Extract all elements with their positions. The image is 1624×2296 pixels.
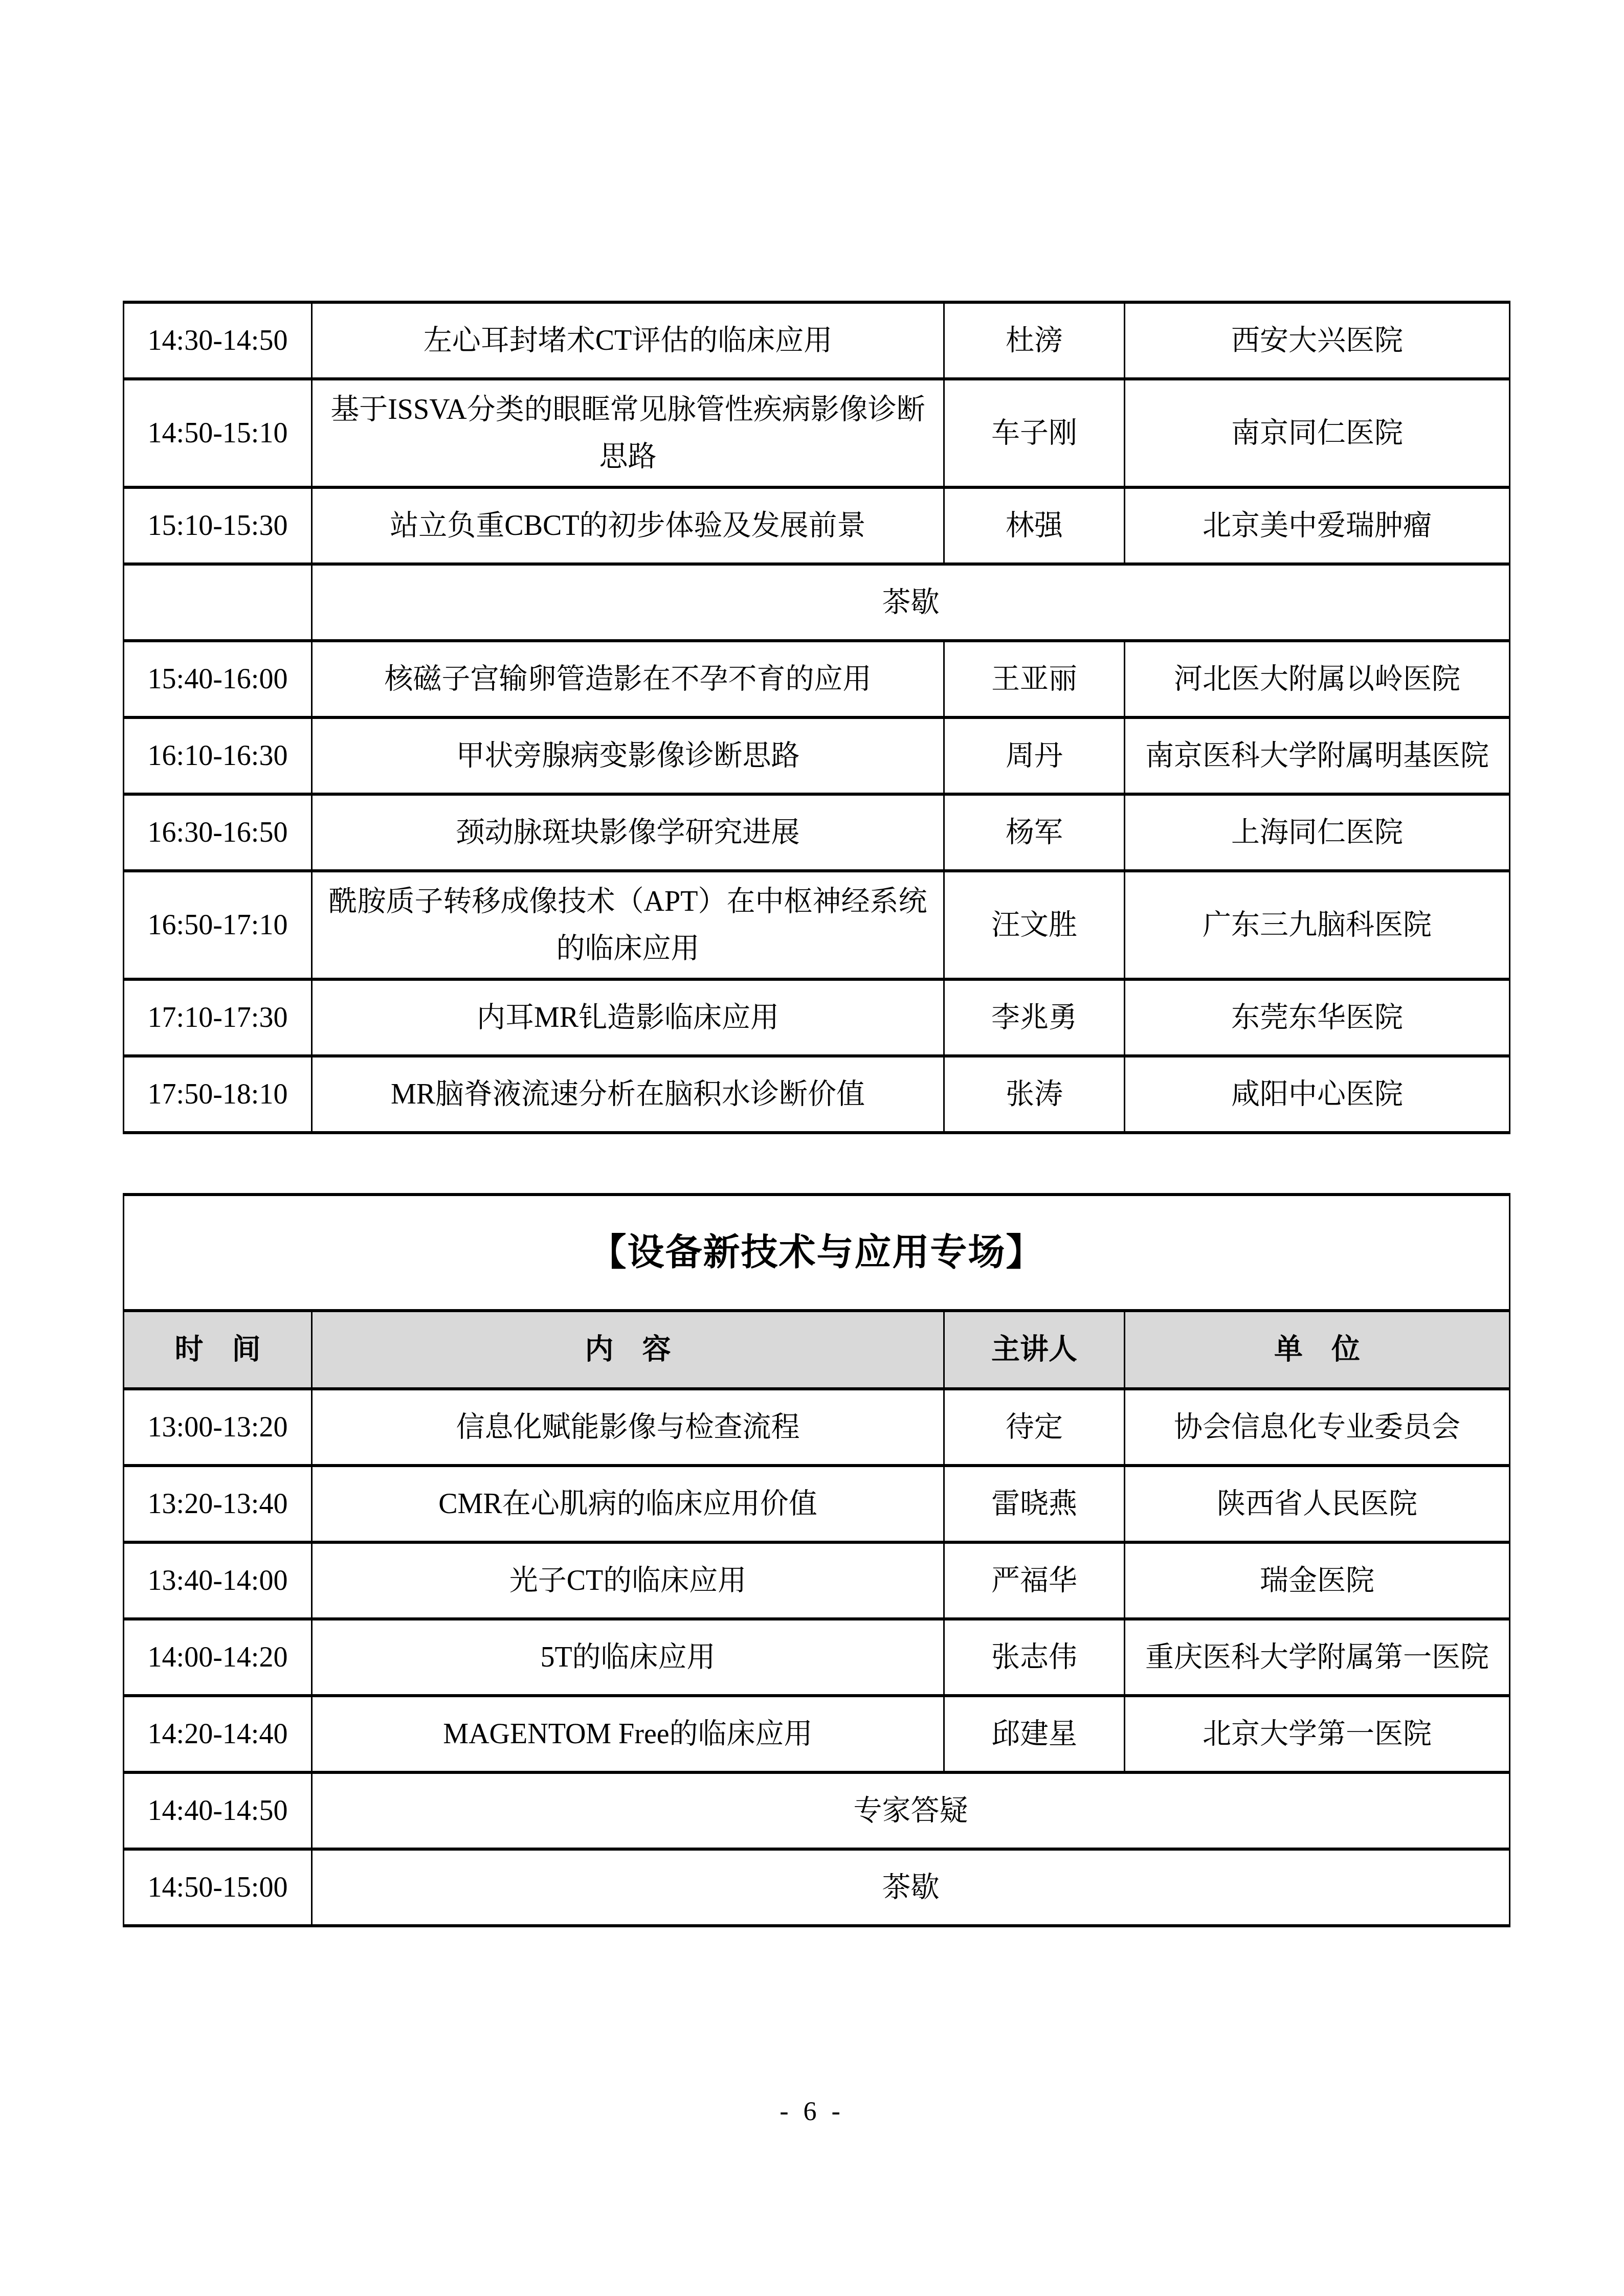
topic-cell: 5T的临床应用 [312, 1619, 944, 1696]
column-header-content: 内 容 [312, 1311, 944, 1389]
time-cell: 13:20-13:40 [124, 1466, 312, 1542]
topic-cell: 左心耳封堵术CT评估的临床应用 [312, 302, 944, 379]
time-cell: 15:40-16:00 [124, 641, 312, 717]
merged-note-cell: 专家答疑 [312, 1772, 1510, 1849]
speaker-cell: 周丹 [944, 717, 1125, 794]
topic-cell: 核磁子宫输卵管造影在不孕不育的应用 [312, 641, 944, 717]
column-header-speaker: 主讲人 [944, 1311, 1125, 1389]
table-row: 17:50-18:10 MR脑脊液流速分析在脑积水诊断价值 张涛 咸阳中心医院 [124, 1056, 1510, 1133]
speaker-cell: 王亚丽 [944, 641, 1125, 717]
table-header-row: 时 间 内 容 主讲人 单 位 [124, 1311, 1510, 1389]
org-cell: 陕西省人民医院 [1125, 1466, 1510, 1542]
speaker-cell: 杜滂 [944, 302, 1125, 379]
session-title: 【设备新技术与应用专场】 [124, 1195, 1510, 1311]
document-page: 14:30-14:50 左心耳封堵术CT评估的临床应用 杜滂 西安大兴医院 14… [0, 0, 1624, 2296]
speaker-cell: 邱建星 [944, 1696, 1125, 1772]
table-row: 13:00-13:20 信息化赋能影像与检查流程 待定 协会信息化专业委员会 [124, 1389, 1510, 1466]
column-header-time: 时 间 [124, 1311, 312, 1389]
table-row-tea-break: 茶歇 [124, 564, 1510, 641]
page-number: - 6 - [0, 2097, 1624, 2127]
org-cell: 北京大学第一医院 [1125, 1696, 1510, 1772]
time-cell: 13:40-14:00 [124, 1542, 312, 1619]
time-cell: 14:30-14:50 [124, 302, 312, 379]
topic-cell: 颈动脉斑块影像学研究进展 [312, 794, 944, 871]
session2-schedule-table: 【设备新技术与应用专场】 时 间 内 容 主讲人 单 位 13:00-13:20… [123, 1193, 1510, 1927]
topic-cell: 信息化赋能影像与检查流程 [312, 1389, 944, 1466]
time-cell: 14:50-15:10 [124, 379, 312, 487]
org-cell: 河北医大附属以岭医院 [1125, 641, 1510, 717]
speaker-cell: 雷晓燕 [944, 1466, 1125, 1542]
table-row: 16:50-17:10 酰胺质子转移成像技术（APT）在中枢神经系统的临床应用 … [124, 871, 1510, 979]
topic-cell: CMR在心肌病的临床应用价值 [312, 1466, 944, 1542]
time-cell: 14:20-14:40 [124, 1696, 312, 1772]
time-cell: 16:10-16:30 [124, 717, 312, 794]
speaker-cell: 杨军 [944, 794, 1125, 871]
time-cell [124, 564, 312, 641]
org-cell: 咸阳中心医院 [1125, 1056, 1510, 1133]
topic-cell: 站立负重CBCT的初步体验及发展前景 [312, 487, 944, 564]
table-row: 14:20-14:40 MAGENTOM Free的临床应用 邱建星 北京大学第… [124, 1696, 1510, 1772]
speaker-cell: 林强 [944, 487, 1125, 564]
org-cell: 南京医科大学附属明基医院 [1125, 717, 1510, 794]
time-cell: 16:50-17:10 [124, 871, 312, 979]
table-row: 14:30-14:50 左心耳封堵术CT评估的临床应用 杜滂 西安大兴医院 [124, 302, 1510, 379]
topic-cell: MAGENTOM Free的临床应用 [312, 1696, 944, 1772]
speaker-cell: 张志伟 [944, 1619, 1125, 1696]
table-row: 13:40-14:00 光子CT的临床应用 严福华 瑞金医院 [124, 1542, 1510, 1619]
topic-cell: MR脑脊液流速分析在脑积水诊断价值 [312, 1056, 944, 1133]
topic-cell: 甲状旁腺病变影像诊断思路 [312, 717, 944, 794]
org-cell: 协会信息化专业委员会 [1125, 1389, 1510, 1466]
org-cell: 西安大兴医院 [1125, 302, 1510, 379]
table-row: 14:00-14:20 5T的临床应用 张志伟 重庆医科大学附属第一医院 [124, 1619, 1510, 1696]
time-cell: 13:00-13:20 [124, 1389, 312, 1466]
org-cell: 北京美中爱瑞肿瘤 [1125, 487, 1510, 564]
topic-cell: 酰胺质子转移成像技术（APT）在中枢神经系统的临床应用 [312, 871, 944, 979]
merged-note-cell: 茶歇 [312, 564, 1510, 641]
merged-note-cell: 茶歇 [312, 1849, 1510, 1926]
table-row: 16:30-16:50 颈动脉斑块影像学研究进展 杨军 上海同仁医院 [124, 794, 1510, 871]
column-header-org: 单 位 [1125, 1311, 1510, 1389]
time-cell: 17:50-18:10 [124, 1056, 312, 1133]
org-cell: 重庆医科大学附属第一医院 [1125, 1619, 1510, 1696]
table-row-qa: 14:40-14:50 专家答疑 [124, 1772, 1510, 1849]
table-row: 15:10-15:30 站立负重CBCT的初步体验及发展前景 林强 北京美中爱瑞… [124, 487, 1510, 564]
topic-cell: 内耳MR钆造影临床应用 [312, 979, 944, 1056]
org-cell: 广东三九脑科医院 [1125, 871, 1510, 979]
speaker-cell: 车子刚 [944, 379, 1125, 487]
speaker-cell: 李兆勇 [944, 979, 1125, 1056]
table-row: 16:10-16:30 甲状旁腺病变影像诊断思路 周丹 南京医科大学附属明基医院 [124, 717, 1510, 794]
speaker-cell: 张涛 [944, 1056, 1125, 1133]
table-row: 13:20-13:40 CMR在心肌病的临床应用价值 雷晓燕 陕西省人民医院 [124, 1466, 1510, 1542]
org-cell: 上海同仁医院 [1125, 794, 1510, 871]
time-cell: 17:10-17:30 [124, 979, 312, 1056]
time-cell: 15:10-15:30 [124, 487, 312, 564]
org-cell: 南京同仁医院 [1125, 379, 1510, 487]
session-title-row: 【设备新技术与应用专场】 [124, 1195, 1510, 1311]
time-cell: 14:00-14:20 [124, 1619, 312, 1696]
org-cell: 瑞金医院 [1125, 1542, 1510, 1619]
speaker-cell: 汪文胜 [944, 871, 1125, 979]
speaker-cell: 严福华 [944, 1542, 1125, 1619]
time-cell: 14:40-14:50 [124, 1772, 312, 1849]
table-row: 15:40-16:00 核磁子宫输卵管造影在不孕不育的应用 王亚丽 河北医大附属… [124, 641, 1510, 717]
speaker-cell: 待定 [944, 1389, 1125, 1466]
time-cell: 14:50-15:00 [124, 1849, 312, 1926]
table-row: 17:10-17:30 内耳MR钆造影临床应用 李兆勇 东莞东华医院 [124, 979, 1510, 1056]
session1-schedule-table: 14:30-14:50 左心耳封堵术CT评估的临床应用 杜滂 西安大兴医院 14… [123, 301, 1510, 1134]
table-row: 14:50-15:10 基于ISSVA分类的眼眶常见脉管性疾病影像诊断思路 车子… [124, 379, 1510, 487]
org-cell: 东莞东华医院 [1125, 979, 1510, 1056]
table-row-tea-break: 14:50-15:00 茶歇 [124, 1849, 1510, 1926]
time-cell: 16:30-16:50 [124, 794, 312, 871]
topic-cell: 光子CT的临床应用 [312, 1542, 944, 1619]
topic-cell: 基于ISSVA分类的眼眶常见脉管性疾病影像诊断思路 [312, 379, 944, 487]
